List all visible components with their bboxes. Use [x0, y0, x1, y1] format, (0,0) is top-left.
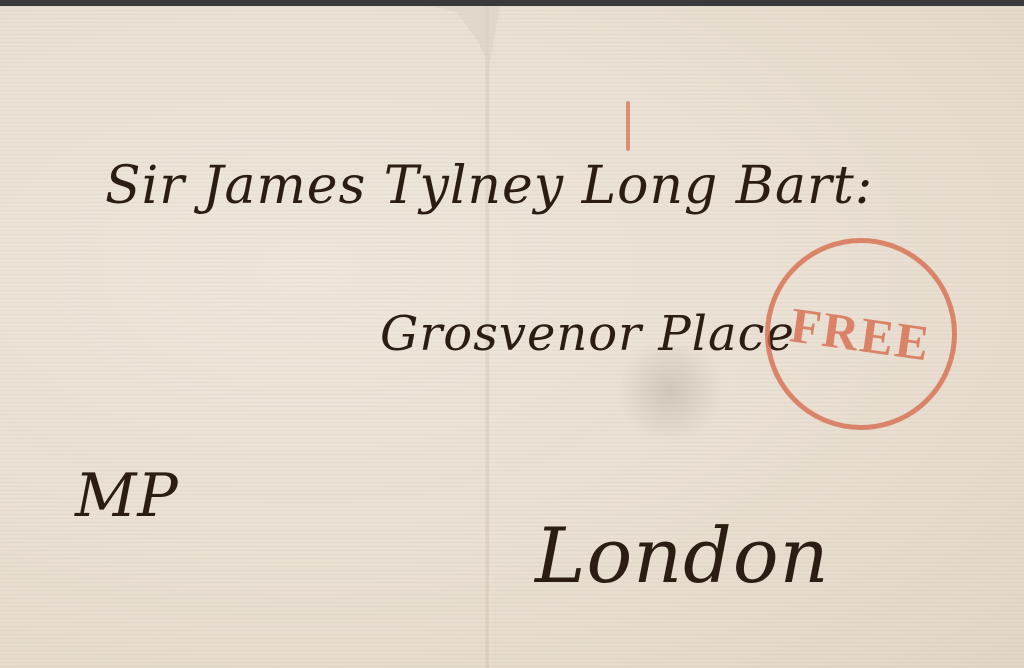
free-postmark: FREE	[765, 238, 957, 430]
red-ink-mark	[626, 101, 630, 151]
address-line-street: Grosvenor Place	[380, 306, 795, 362]
address-line-city: London	[535, 511, 830, 600]
letter-cover: Sir James Tylney Long Bart: Grosvenor Pl…	[0, 6, 1024, 668]
postmark-text: FREE	[787, 295, 935, 372]
paper-tear	[428, 6, 500, 66]
franking-initials: MP	[75, 461, 179, 531]
address-line-name: Sir James Tylney Long Bart:	[105, 156, 873, 216]
